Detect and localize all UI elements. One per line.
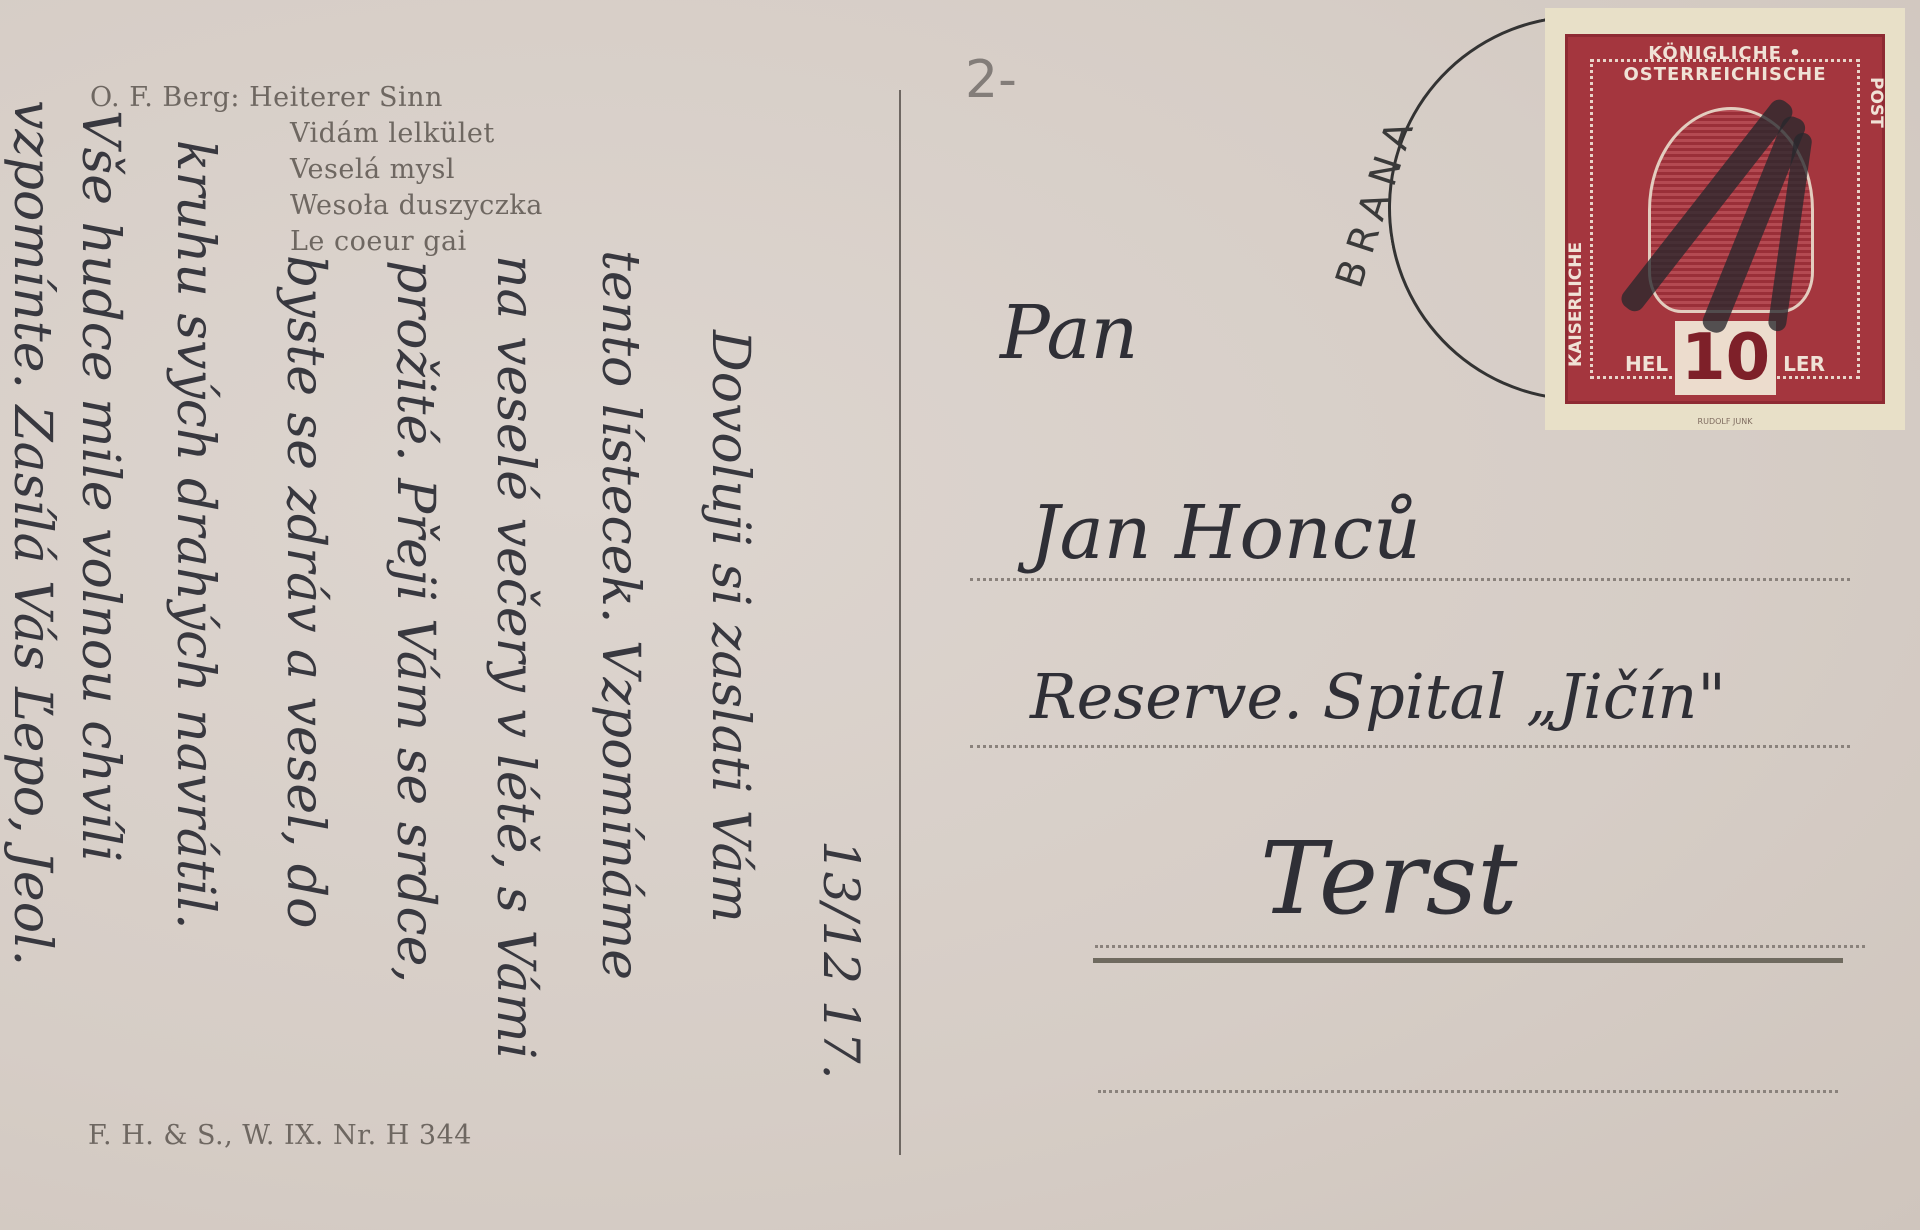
address-institution: Reserve. Spital „Jičín" — [1030, 660, 1726, 733]
message-line-4: prožité. Přeji Vám se srdce, — [385, 260, 445, 983]
printed-title-block: O. F. Berg: Heiterer Sinn Vidám lelkület… — [90, 80, 543, 260]
postcard-back: O. F. Berg: Heiterer Sinn Vidám lelkület… — [0, 0, 1920, 1230]
stamp-designer: RUDOLF JUNK — [1545, 417, 1905, 426]
postage-stamp: KÖNIGLICHE • OSTERREICHISCHE KAISERLICHE… — [1545, 8, 1905, 430]
title-line-1: O. F. Berg: Heiterer Sinn — [90, 80, 543, 116]
address-name: Jan Honců — [1030, 490, 1421, 576]
center-divider — [899, 90, 901, 1155]
address-salutation: Pan — [1000, 290, 1138, 376]
message-line-2: tento lístecek. Vzpomínáme — [590, 250, 650, 980]
publisher-imprint: F. H. & S., W. IX. Nr. H 344 — [88, 1118, 472, 1154]
message-line-7: Vše hudce mile volnou chvíli — [70, 110, 130, 862]
message-line-1: Dovoluji si zaslati Vám — [700, 330, 760, 923]
stamp-inscription-top: KÖNIGLICHE • OSTERREICHISCHE — [1568, 43, 1882, 85]
stamp-denomination: 10 — [1675, 321, 1776, 395]
city-underline — [1093, 958, 1843, 963]
message-line-6: kruhu svých drahých navrátil. — [165, 140, 225, 930]
stamp-design: KÖNIGLICHE • OSTERREICHISCHE KAISERLICHE… — [1565, 34, 1885, 404]
message-date: 13/12 17. — [812, 840, 870, 1080]
stamp-inscription-right: POST — [1866, 77, 1886, 343]
pencil-note: 2- — [965, 50, 1017, 110]
title-polish: Wesoła duszyczka — [90, 188, 543, 224]
stamp-value: HEL 10 LER — [1568, 321, 1882, 395]
address-line-2 — [970, 745, 1850, 748]
address-line-4 — [1098, 1090, 1838, 1093]
title-german: Heiterer Sinn — [249, 82, 443, 113]
stamp-currency-right: LER — [1783, 352, 1825, 376]
title-czech: Veselá mysl — [90, 152, 543, 188]
stamp-currency-left: HEL — [1625, 352, 1668, 376]
message-line-3: na veselé večery v létě, s Vámi — [485, 255, 545, 1059]
address-line-3 — [1095, 945, 1865, 948]
message-line-5: byste se zdráv a vesel, do — [275, 255, 335, 928]
address-city: Terst — [1260, 820, 1517, 937]
address-line-1 — [970, 578, 1850, 581]
title-hungarian: Vidám lelkület — [90, 116, 543, 152]
message-line-8: vzpomínte. Zasílá Vás Ľepo, Jeol. — [2, 100, 62, 966]
author-label: O. F. Berg: — [90, 82, 240, 113]
